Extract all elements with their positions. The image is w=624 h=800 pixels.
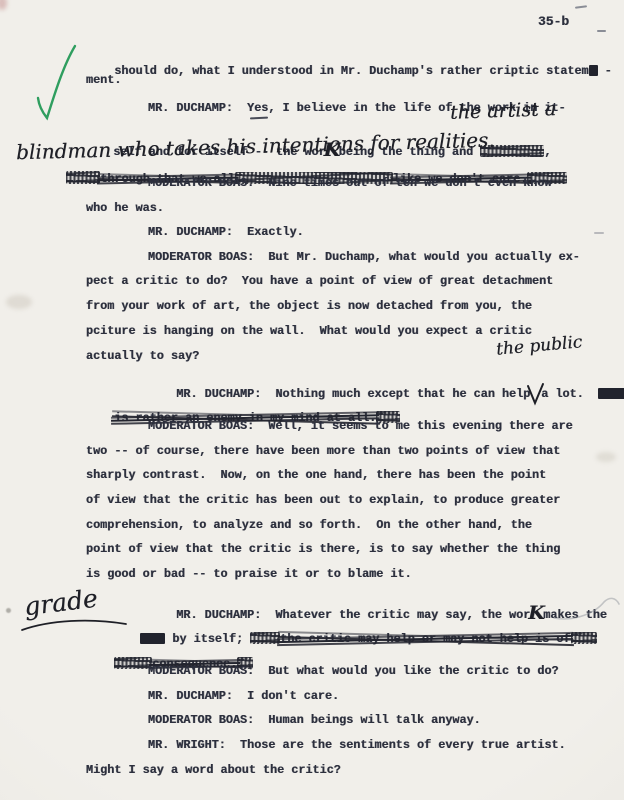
page-number: 35-b <box>538 14 569 30</box>
scanned-transcript-page: 35-b should do, what I understood in Mr.… <box>0 0 624 800</box>
typed-text: a lot. <box>541 387 598 401</box>
checkmark-icon <box>30 42 84 122</box>
obliterated-word <box>598 388 624 399</box>
typed-text: - <box>598 64 612 78</box>
handwritten-insertion: the artist a <box>450 98 557 124</box>
overstruck-character <box>589 65 598 76</box>
pencil-dash <box>594 232 604 234</box>
illegible-scribble <box>114 657 152 669</box>
underline-mark <box>250 117 268 120</box>
typed-line: is good or bad -- to praise it or to bla… <box>86 566 412 582</box>
typed-line: pciture is hanging on the wall. What wou… <box>86 323 532 339</box>
typed-line: MODERATOR BOAS: Well, it seems to me thi… <box>148 418 573 434</box>
typed-line: who he was. <box>86 200 164 216</box>
pencil-squiggle <box>552 596 622 624</box>
pencil-dash <box>597 30 606 32</box>
illegible-scribble <box>250 632 280 644</box>
typed-line: actually to say? <box>86 348 199 364</box>
typed-line: sharply contrast. Now, on the one hand, … <box>86 467 546 483</box>
paper-stain <box>0 0 7 10</box>
typed-line: should do, what I understood in Mr. Duch… <box>86 47 612 95</box>
typed-text: should do, what I understood in Mr. Duch… <box>114 64 588 78</box>
typed-line: comprehension, to analyze and so forth. … <box>86 517 532 533</box>
illegible-scribble <box>571 632 597 644</box>
paper-stain <box>6 608 11 613</box>
illegible-scribble <box>66 171 100 184</box>
paper-stain <box>6 295 32 309</box>
typed-line: MR. DUCHAMP: Exactly. <box>148 224 304 240</box>
struck-text: the critic may help or may not help is o… <box>280 631 570 647</box>
typed-line: pect a critic to do? You have a point of… <box>86 273 553 289</box>
typed-line: Might I say a word about the critic? <box>86 762 341 778</box>
typed-line: MR. WRIGHT: Those are the sentiments of … <box>148 737 566 753</box>
typed-line: MODERATOR BOAS: Nine times out of ten we… <box>148 175 552 191</box>
typed-line: MODERATOR BOAS: But what would you like … <box>148 663 559 679</box>
typed-line: MODERATOR BOAS: Human beings will talk a… <box>148 712 481 728</box>
typed-line: of view that the critic has been out to … <box>86 492 560 508</box>
pencil-dash <box>575 5 587 8</box>
typed-line: from your work of art, the object is now… <box>86 298 532 314</box>
typed-line: ment. <box>86 72 121 88</box>
typed-line: MR. DUCHAMP: I don't care. <box>148 688 339 704</box>
typed-line: point of view that the critic is there, … <box>86 541 560 557</box>
typed-line: two -- of course, there have been more t… <box>86 443 560 459</box>
typed-line: MODERATOR BOAS: But Mr. Duchamp, what wo… <box>148 249 580 265</box>
paper-stain <box>596 452 616 462</box>
